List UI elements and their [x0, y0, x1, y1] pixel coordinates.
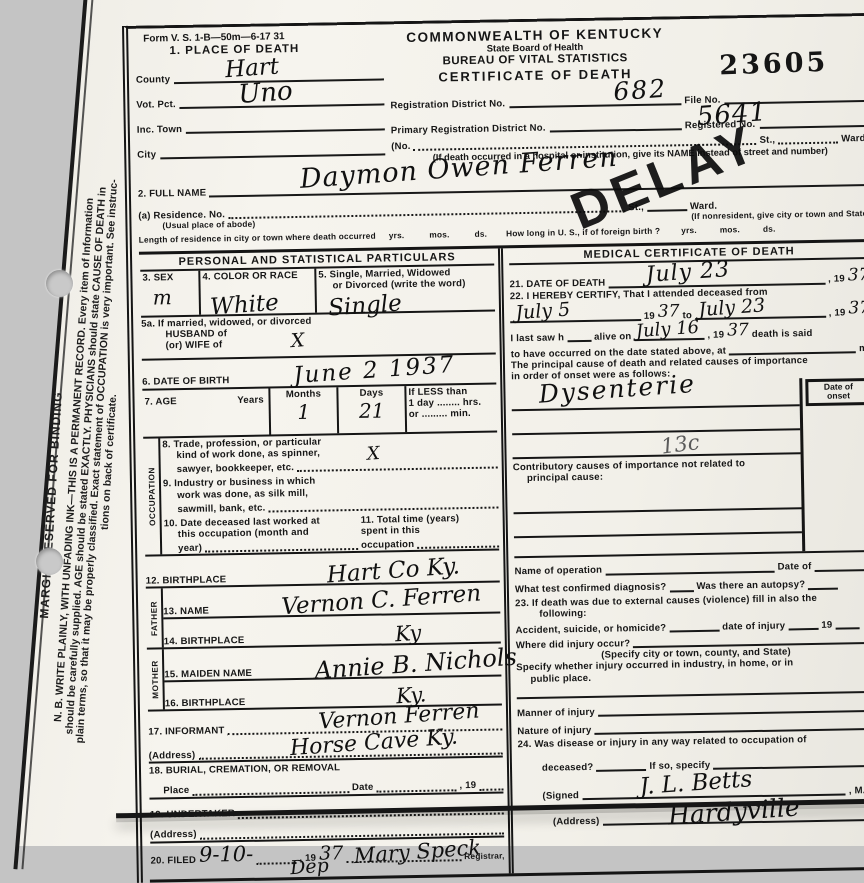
undertaker-address-label: (Address)	[150, 829, 197, 841]
birthplace-label: 12. BIRTHPLACE	[146, 574, 227, 587]
informant-label: 17. INFORMANT	[148, 725, 224, 738]
age-months-cell: Months 1	[270, 387, 339, 434]
county-label: County	[136, 74, 170, 86]
place-of-death-block: Form V. S. 1-B—50m—6-17 31 1. PLACE OF D…	[135, 27, 385, 167]
burial-date-label: Date	[352, 782, 374, 794]
item8-3: sawyer, bookkeeper, etc.	[163, 462, 295, 476]
father-vertical-label: FATHER	[149, 601, 159, 636]
father-name-label: 13. NAME	[163, 606, 209, 618]
if-less-cell: If LESS than 1 day ........ hrs. or ....…	[406, 384, 497, 432]
header-right-block: COMMONWEALTH OF KENTUCKY State Board of …	[389, 19, 864, 163]
personal-column: PERSONAL AND STATISTICAL PARTICULARS 3. …	[139, 248, 514, 846]
occupation-vertical-label: OCCUPATION	[147, 467, 157, 526]
date-of-onset-box: Date of onset	[805, 377, 864, 406]
last-saw-post: alive on	[594, 331, 632, 343]
cause-of-death-area: Dysenterie 13c Contributory causes of im…	[511, 376, 864, 557]
cause-line-3: 13c	[512, 430, 800, 459]
autopsy-label: Was there an autopsy?	[696, 579, 805, 592]
sex-cell: 3. SEX m	[140, 270, 201, 315]
physician-address-label: (Address)	[519, 816, 600, 829]
age-days-cell: Days 21	[338, 386, 407, 433]
punch-hole	[46, 270, 73, 297]
mos-label: mos.	[429, 230, 449, 240]
marital-cell: 5. Single, Married, Widowed or Divorced …	[316, 265, 495, 312]
full-name-label: 2. FULL NAME	[138, 187, 207, 200]
certificate-serial-number: 23605	[683, 45, 864, 82]
operation-date-label: Date of	[778, 561, 812, 573]
to-year-prefix: , 19	[829, 307, 846, 319]
father-group: FATHER 13. NAME Vernon C. Ferren 14. BIR…	[146, 583, 501, 650]
informant-block: 17. INFORMANT Vernon Ferren (Address) Ho…	[148, 706, 503, 764]
vot-pct-label: Vot. Pct.	[136, 99, 176, 111]
ds-label: ds.	[474, 229, 487, 239]
color-label: 4. COLOR OR RACE	[202, 269, 312, 282]
pencil-scrawl: 13c	[660, 430, 701, 459]
last-year-prefix: , 19	[707, 329, 724, 341]
length-label: Length of residence in city or town wher…	[139, 231, 376, 245]
filed-date-value: 9-10-	[199, 842, 254, 846]
father-birthplace-field: 14. BIRTHPLACE Ky	[163, 614, 500, 648]
item8-x-mark: X	[366, 442, 380, 464]
contributory-line-3	[514, 533, 802, 556]
nature-label: Nature of injury	[517, 725, 591, 738]
dob-value: June 2 1937	[293, 351, 457, 388]
mother-birthplace-label: 16. BIRTHPLACE	[165, 697, 246, 710]
ds-label: ds.	[763, 224, 776, 234]
city-label: City	[137, 149, 156, 161]
registration-district-value: 682	[612, 74, 668, 107]
informant-address-label: (Address)	[149, 750, 196, 762]
last-worked-row: 10. Date deceased last worked at this oc…	[164, 512, 500, 554]
date-of-injury-label: date of injury	[722, 620, 785, 632]
item11-3: occupation	[361, 539, 414, 551]
yrs-label: yrs.	[681, 226, 697, 236]
mos-label: mos.	[720, 225, 740, 235]
punch-hole	[36, 548, 63, 575]
primary-district-field: Primary Registration District No. 5641	[391, 106, 682, 136]
age-months-value: 1	[273, 399, 335, 424]
scanned-certificate-page: MARGIN RESERVED FOR BINDING N. B. WRITE …	[0, 0, 864, 846]
medical-column: MEDICAL CERTIFICATE OF DEATH 21. DATE OF…	[503, 242, 864, 846]
inc-town-label: Inc. Town	[137, 124, 183, 136]
if-less-3: or ......... min.	[409, 408, 495, 421]
primary-district-label: Primary Registration District No.	[391, 122, 546, 136]
yrs-label: yrs.	[389, 231, 405, 241]
date-of-onset-column: Date of onset	[799, 376, 864, 550]
occupation-related-block: 24. Was disease or injury in any way rel…	[518, 733, 864, 829]
father-birthplace-value: Ky	[394, 621, 422, 647]
industry-field: 9. Industry or business in which work wa…	[163, 473, 499, 515]
signed-label: (Signed	[518, 790, 579, 802]
dod-year-value: 37	[848, 265, 864, 285]
no-label: (No.	[391, 141, 411, 153]
dob-label: 6. DATE OF BIRTH	[142, 375, 229, 388]
age-label: 7. AGE	[144, 396, 176, 408]
sex-color-marital-row: 3. SEX m 4. COLOR OR RACE White 5. Singl…	[140, 265, 495, 317]
mother-vertical-label: MOTHER	[150, 661, 160, 700]
injury-year-prefix: 19	[821, 620, 832, 632]
ward-label: Ward)	[841, 133, 864, 145]
dod-year-prefix: , 19	[828, 274, 845, 286]
mother-vertical-strip: MOTHER	[147, 650, 165, 710]
manner-label: Manner of injury	[517, 707, 595, 720]
state-header: COMMONWEALTH OF KENTUCKY State Board of …	[389, 22, 682, 136]
contributory-label-block: Contributory causes of importance not re…	[513, 454, 801, 490]
trade-field: 8. Trade, profession, or particular kind…	[162, 433, 498, 475]
item10-field: 10. Date deceased last worked at this oc…	[164, 515, 359, 555]
form-columns: PERSONAL AND STATISTICAL PARTICULARS 3. …	[139, 239, 864, 846]
item11-field: 11. Total time (years) spent in this occ…	[361, 512, 500, 551]
attended-from-value: July 5	[515, 298, 571, 324]
external-causes-block: 23. If death was due to external causes …	[515, 591, 864, 699]
item10-3: year)	[164, 543, 202, 555]
occupation-vertical-strip: OCCUPATION	[143, 438, 162, 555]
marital-label-2: or Divorced (write the word)	[318, 277, 492, 291]
abode-note: (Usual place of abode)	[138, 220, 255, 232]
nonresident-note: (If nonresident, give city or town and S…	[691, 209, 864, 222]
to-year-value: 37	[848, 298, 864, 318]
deceased-label: deceased?	[518, 762, 594, 775]
marital-value: Single	[327, 290, 402, 321]
item5a-x-mark: X	[290, 329, 305, 352]
vot-pct-value: Uno	[238, 76, 294, 110]
occupation-block: OCCUPATION 8. Trade, profession, or part…	[143, 432, 499, 557]
city-field: City	[137, 131, 385, 160]
last-year-value: 37	[727, 320, 749, 340]
m-label: m.	[859, 343, 864, 355]
age-days-value: 21	[341, 398, 403, 423]
age-years-cell: 7. AGE Years	[142, 388, 271, 436]
last-saw-value: July 16	[635, 317, 700, 342]
filed-year-value: 37	[319, 842, 344, 846]
certify-block: 22. I HEREBY CERTIFY, That I attended de…	[510, 285, 864, 383]
age-row: 7. AGE Years Months 1 Days 21 If LESS th…	[142, 384, 497, 438]
date-of-birth-field: 6. DATE OF BIRTH June 2 1937	[142, 354, 496, 390]
color-value: White	[209, 289, 279, 320]
onset-label-2: onset	[809, 391, 864, 402]
mother-maiden-name-label: 15. MAIDEN NAME	[164, 668, 252, 681]
st-label: St.,	[759, 134, 775, 146]
father-birthplace-label: 14. BIRTHPLACE	[164, 635, 245, 648]
certificate-form: Form V. S. 1-B—50m—6-17 31 1. PLACE OF D…	[122, 13, 864, 846]
dod-value: July 23	[645, 257, 731, 288]
undertaker-block: 19. UNDERTAKER (Address)	[150, 793, 505, 843]
sex-label: 3. SEX	[142, 271, 196, 283]
years-label: Years	[237, 394, 264, 405]
last-saw-pre: I last saw h	[510, 332, 564, 344]
registration-district-label: Registration District No.	[390, 98, 505, 111]
burial-place-label: Place	[149, 785, 189, 797]
death-said: death is said	[752, 328, 813, 340]
md-label: , M. D.	[849, 785, 864, 797]
attended-to-value: July 23	[698, 294, 766, 321]
sex-value: m	[153, 285, 197, 310]
test-label: What test confirmed diagnosis?	[515, 582, 667, 596]
item9-3: sawmill, bank, etc.	[163, 502, 265, 515]
father-vertical-strip: FATHER	[146, 589, 164, 648]
operation-label: Name of operation	[514, 565, 602, 578]
color-cell: 4. COLOR OR RACE White	[200, 268, 317, 314]
burial-year-prefix: , 19	[459, 780, 476, 792]
